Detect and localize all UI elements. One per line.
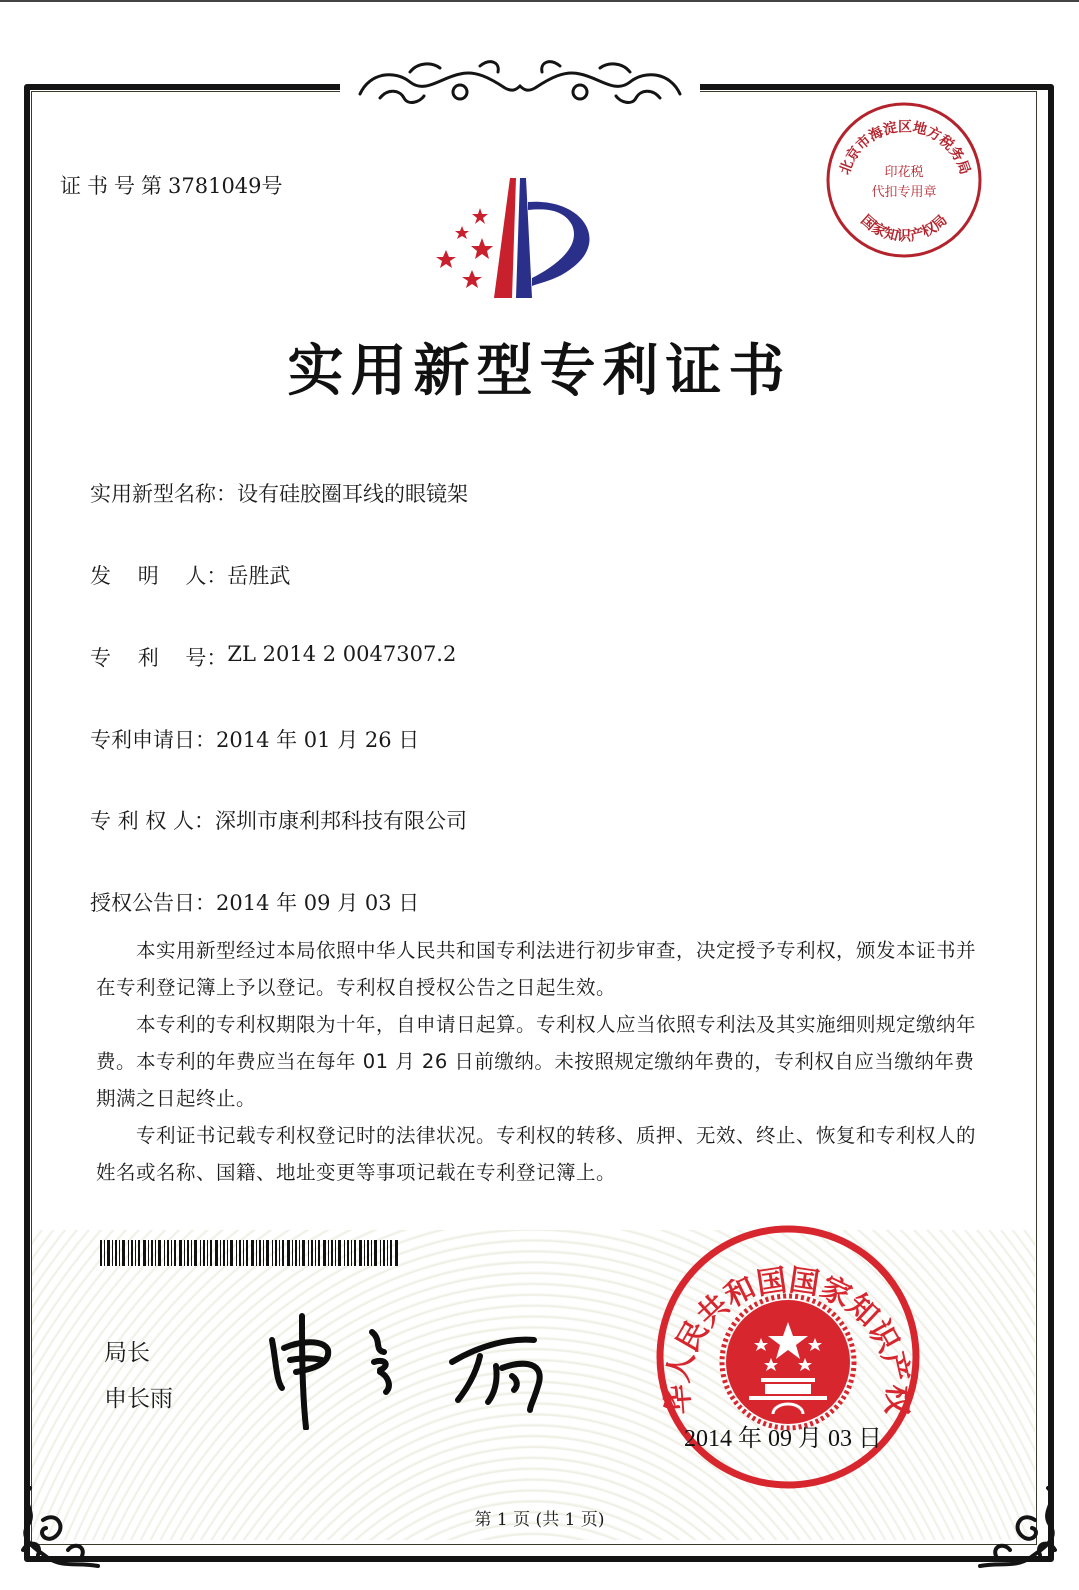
signature-icon [262,1310,562,1430]
certificate-number-prefix: 证书号第 [60,174,168,198]
field-value: 2014 年 01 月 26 日 [216,724,419,754]
body-paragraph-1: 本实用新型经过本局依照中华人民共和国专利法进行初步审查，决定授予专利权，颁发本证… [96,932,978,1006]
field-application-date: 专利申请日：2014 年 01 月 26 日 [90,724,419,754]
field-value: 深圳市康利邦科技有限公司 [215,805,467,835]
field-value: ZL 2014 2 0047307.2 [227,642,456,672]
field-label: 实用新型名称： [90,478,237,508]
field-label: 专 利 号： [90,642,227,672]
certificate-body: 本实用新型经过本局依照中华人民共和国专利法进行初步审查，决定授予专利权，颁发本证… [96,932,978,1191]
tax-stamp-bottom-text: 国家知识产权局 [858,212,951,245]
field-label: 发 明 人： [90,560,227,590]
scan-top-edge [0,0,1079,2]
certificate-number-value: 3781049 [168,174,262,198]
field-label: 授权公告日： [90,887,216,917]
barcode-icon [100,1240,400,1266]
field-utility-model-name: 实用新型名称：设有硅胶圈耳线的眼镜架 [90,478,468,508]
national-emblem-icon [722,1296,854,1428]
director-title: 局长 [104,1330,173,1376]
page-number: 第 1 页 (共 1 页) [0,1505,1079,1530]
field-value: 设有硅胶圈耳线的眼镜架 [237,478,468,508]
cnipa-logo-icon [432,170,597,305]
certificate-number: 证书号第3781049号 [60,170,289,200]
field-label: 专利申请日： [90,724,216,754]
tax-stamp: 北京市海淀区地方税务局 国家知识产权局 印花税 代扣专用章 [824,100,984,260]
field-grant-date: 授权公告日：2014 年 09 月 03 日 [90,887,419,917]
field-value: 岳胜武 [227,560,290,590]
field-inventor: 发 明 人：岳胜武 [90,560,290,590]
tax-stamp-inner-line-1: 印花税 [884,165,923,180]
field-label: 专 利 权 人： [90,805,215,835]
field-patent-number: 专 利 号：ZL 2014 2 0047307.2 [90,642,456,672]
top-ornament-icon [340,52,700,112]
body-paragraph-2: 本专利的专利权期限为十年，自申请日起算。专利权人应当依照专利法及其实施细则规定缴… [96,1006,978,1117]
field-patentee: 专 利 权 人：深圳市康利邦科技有限公司 [90,805,467,835]
body-paragraph-3: 专利证书记载专利权登记时的法律状况。专利权的转移、质押、无效、终止、恢复和专利权… [96,1117,978,1191]
certificate-number-suffix: 号 [262,174,289,198]
certificate-title: 实用新型专利证书 [0,327,1079,407]
director-block: 局长 申长雨 [104,1330,173,1422]
director-name: 申长雨 [104,1376,173,1422]
svg-text:国家知识产权局: 国家知识产权局 [858,212,951,245]
tax-stamp-inner-line-2: 代扣专用章 [871,184,936,200]
field-value: 2014 年 09 月 03 日 [216,887,419,917]
seal-date: 2014 年 09 月 03 日 [684,1418,882,1453]
